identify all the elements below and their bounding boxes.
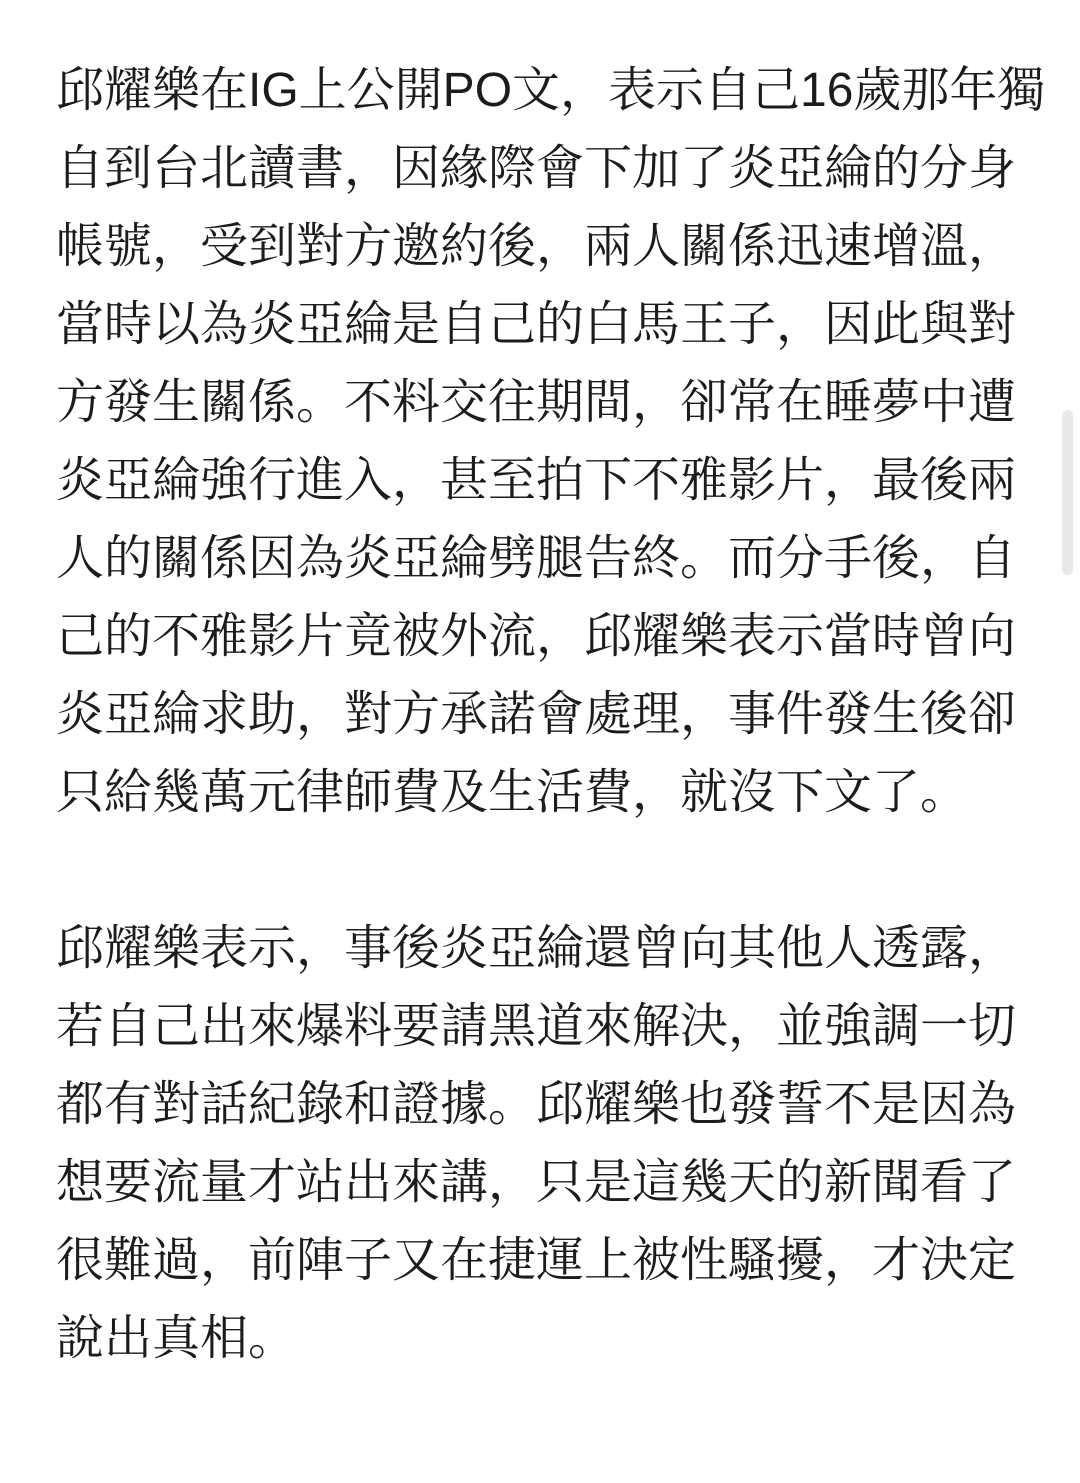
scrollbar-thumb[interactable] <box>1062 410 1073 575</box>
text-line: 方發生關係。不料交往期間，卻常在睡夢中遭 <box>56 364 1016 442</box>
text-line: 很難過，前陣子又在捷運上被性騷擾，才決定 <box>56 1222 1016 1300</box>
text-line: 己的不雅影片竟被外流，邱耀樂表示當時曾向 <box>56 598 1016 676</box>
text-line: 炎亞綸強行進入，甚至拍下不雅影片，最後兩 <box>56 442 1016 520</box>
text-line: 只給幾萬元律師費及生活費，就沒下文了。 <box>56 754 1016 832</box>
text-line: 都有對話紀錄和證據。邱耀樂也發誓不是因為 <box>56 1066 1016 1144</box>
article-paragraph-2: 邱耀樂表示，事後炎亞綸還曾向其他人透露， 若自己出來爆料要請黑道來解決，並強調一… <box>56 910 1016 1378</box>
article-text: 邱耀樂在IG上公開PO文，表示自己16歲那年獨 自到台北讀書，因緣際會下加了炎亞… <box>56 52 1016 1378</box>
text-line: 邱耀樂在IG上公開PO文，表示自己16歲那年獨 <box>56 52 1016 130</box>
text-line: 炎亞綸求助，對方承諾會處理，事件發生後卻 <box>56 676 1016 754</box>
text-line: 自到台北讀書，因緣際會下加了炎亞綸的分身 <box>56 130 1016 208</box>
text-line: 當時以為炎亞綸是自己的白馬王子，因此與對 <box>56 286 1016 364</box>
text-line: 說出真相。 <box>56 1300 1016 1378</box>
text-line: 人的關係因為炎亞綸劈腿告終。而分手後，自 <box>56 520 1016 598</box>
text-line: 若自己出來爆料要請黑道來解決，並強調一切 <box>56 988 1016 1066</box>
article-paragraph-1: 邱耀樂在IG上公開PO文，表示自己16歲那年獨 自到台北讀書，因緣際會下加了炎亞… <box>56 52 1016 832</box>
text-line: 邱耀樂表示，事後炎亞綸還曾向其他人透露， <box>56 910 1016 988</box>
text-line: 想要流量才站出來講，只是這幾天的新聞看了 <box>56 1144 1016 1222</box>
article-page: 邱耀樂在IG上公開PO文，表示自己16歲那年獨 自到台北讀書，因緣際會下加了炎亞… <box>0 0 1080 1483</box>
text-line: 帳號，受到對方邀約後，兩人關係迅速增溫， <box>56 208 1016 286</box>
